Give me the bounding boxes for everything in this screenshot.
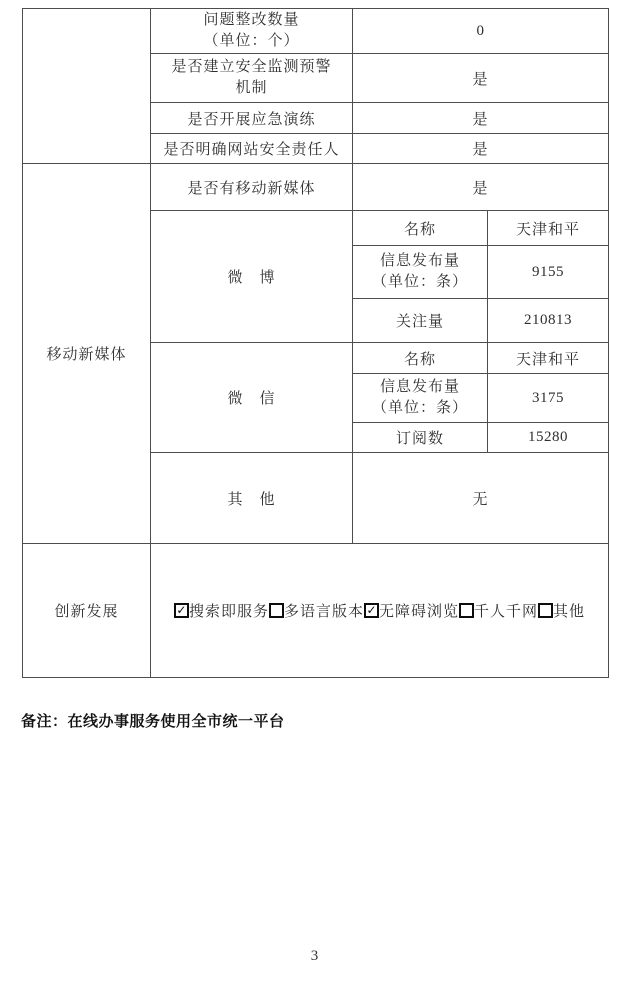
wechat-posts-label: 信息发布量 （单位：条） [353, 374, 488, 423]
table-row: 问题整改数量 （单位：个） 0 [23, 9, 609, 54]
innovation-option-label: 千人千网 [474, 600, 538, 621]
innovation-options-row: 搜索即服务 多语言版本 无障碍浏览 千人千网 其他 [151, 600, 608, 621]
innovation-option-multilang: 多语言版本 [269, 600, 364, 621]
table-row: 创新发展 搜索即服务 多语言版本 无障碍浏览 千人千网 [23, 544, 609, 678]
report-table: 问题整改数量 （单位：个） 0 是否建立安全监测预警 机制 是 是否开展应急演练… [22, 8, 609, 678]
other-value: 无 [353, 453, 609, 544]
checkbox-checked-icon [364, 603, 379, 618]
weibo-posts-value: 9155 [488, 246, 609, 299]
row-value-security-officer: 是 [353, 134, 609, 164]
innovation-options-cell: 搜索即服务 多语言版本 无障碍浏览 千人千网 其他 [151, 544, 609, 678]
group-label-wechat: 微 信 [151, 343, 353, 453]
row-value-emergency-drill: 是 [353, 103, 609, 134]
weibo-followers-value: 210813 [488, 299, 609, 343]
group-label-other: 其 他 [151, 453, 353, 544]
wechat-name-label: 名称 [353, 343, 488, 374]
checkbox-unchecked-icon [459, 603, 474, 618]
row-label-emergency-drill: 是否开展应急演练 [151, 103, 353, 134]
checkbox-checked-icon [174, 603, 189, 618]
checkbox-unchecked-icon [538, 603, 553, 618]
innovation-option-label: 多语言版本 [284, 600, 364, 621]
weibo-name-label: 名称 [353, 211, 488, 246]
section-label-cell-empty [23, 9, 151, 164]
weibo-followers-label: 关注量 [353, 299, 488, 343]
innovation-option-label: 搜索即服务 [189, 600, 269, 621]
weibo-name-value: 天津和平 [488, 211, 609, 246]
weibo-posts-label: 信息发布量 （单位：条） [353, 246, 488, 299]
row-value-has-mobile-media: 是 [353, 164, 609, 211]
innovation-option-label: 无障碍浏览 [379, 600, 459, 621]
innovation-option-search: 搜索即服务 [174, 600, 269, 621]
page-number: 3 [0, 948, 629, 965]
wechat-posts-value: 3175 [488, 374, 609, 423]
innovation-option-other: 其他 [538, 600, 585, 621]
wechat-subscribers-value: 15280 [488, 423, 609, 453]
table-row: 移动新媒体 是否有移动新媒体 是 [23, 164, 609, 211]
wechat-subscribers-label: 订阅数 [353, 423, 488, 453]
innovation-option-label: 其他 [553, 600, 585, 621]
remark-note: 备注：在线办事服务使用全市统一平台 [21, 710, 285, 731]
checkbox-unchecked-icon [269, 603, 284, 618]
section-label-mobile-media: 移动新媒体 [23, 164, 151, 544]
wechat-name-value: 天津和平 [488, 343, 609, 374]
row-label-monitor-warning: 是否建立安全监测预警 机制 [151, 54, 353, 103]
row-value-monitor-warning: 是 [353, 54, 609, 103]
innovation-option-personalized: 千人千网 [459, 600, 538, 621]
group-label-weibo: 微 博 [151, 211, 353, 343]
row-label-security-officer: 是否明确网站安全责任人 [151, 134, 353, 164]
section-label-innovation: 创新发展 [23, 544, 151, 678]
row-label-rectified-issues: 问题整改数量 （单位：个） [151, 9, 353, 54]
row-label-has-mobile-media: 是否有移动新媒体 [151, 164, 353, 211]
row-value-rectified-issues: 0 [353, 9, 609, 54]
innovation-option-accessibility: 无障碍浏览 [364, 600, 459, 621]
